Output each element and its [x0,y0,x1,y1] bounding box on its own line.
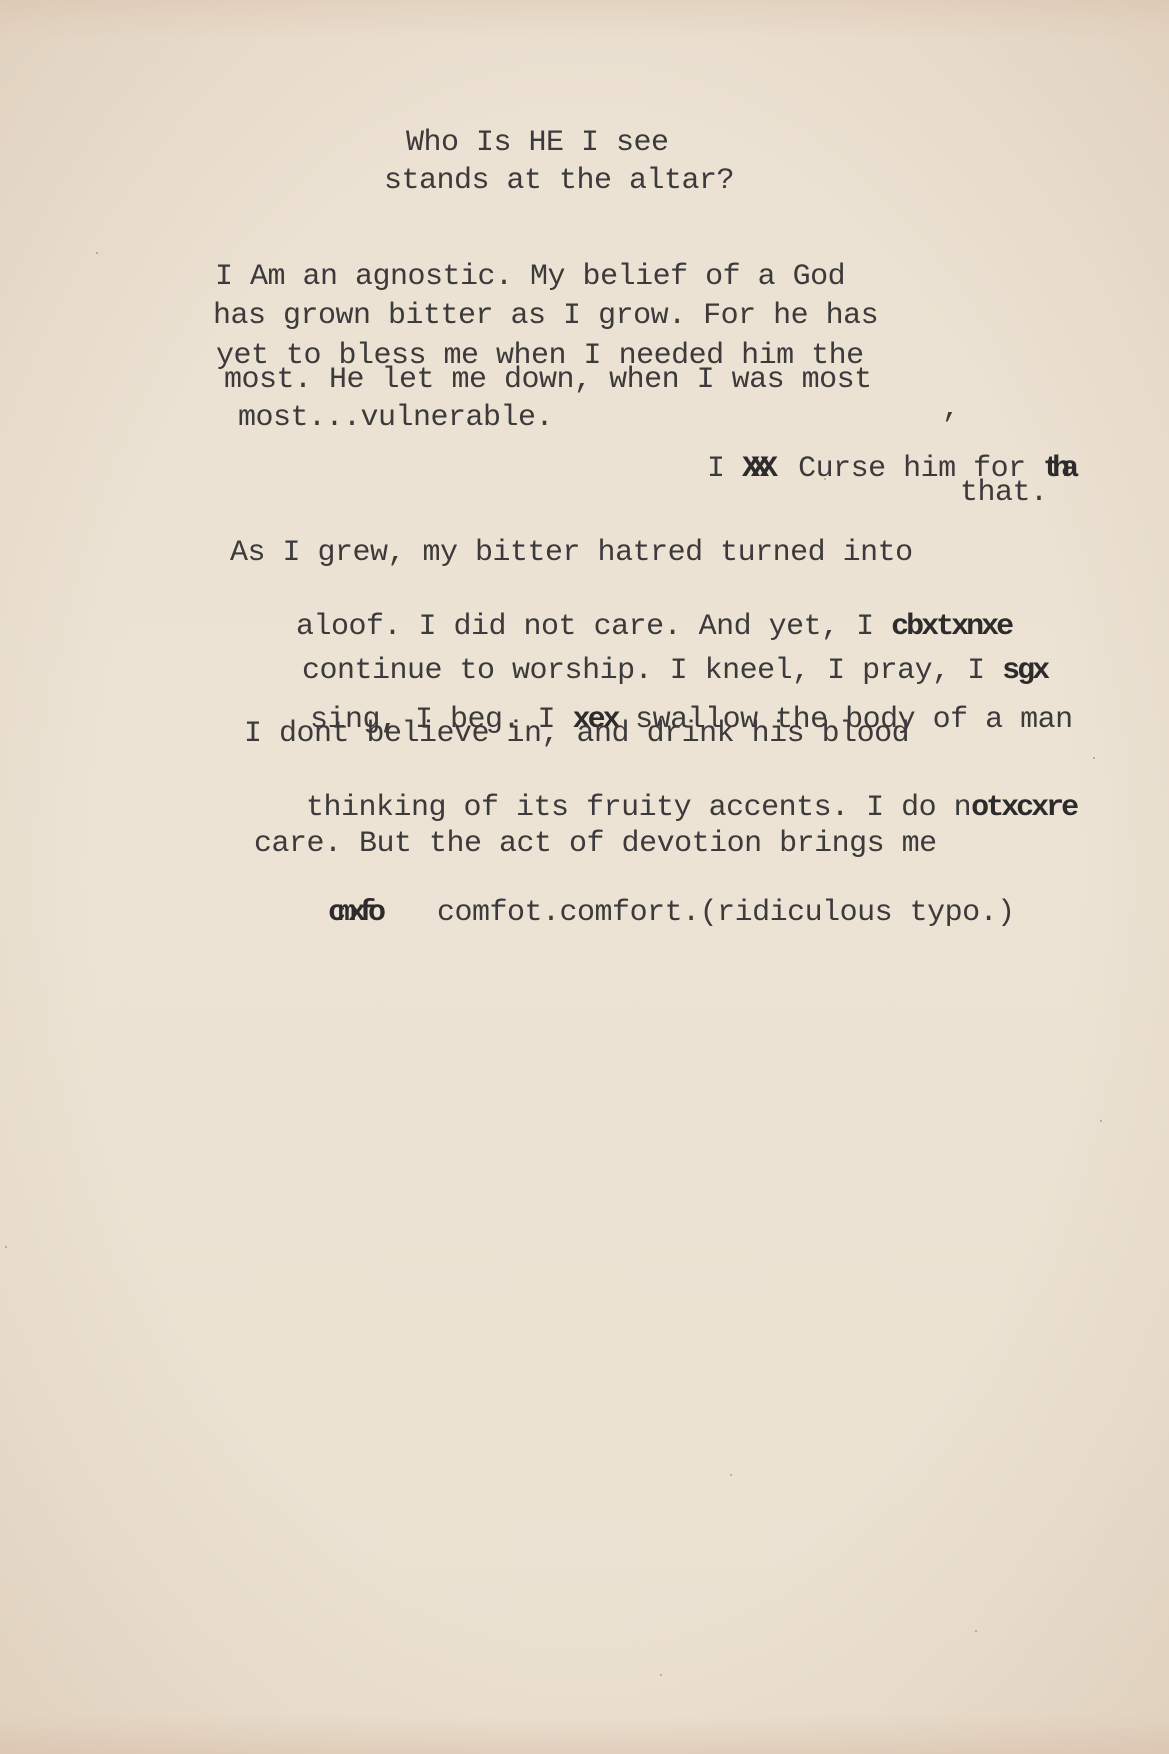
title-line-1: Who Is HE I see [406,128,669,158]
line-text: thinking of its fruity accents. I do n [306,791,971,825]
paragraph1-line5: most...vulnerable. [238,403,553,433]
paragraph1-line1: I Am an agnostic. My belief of a God [215,262,845,292]
line6-prefix: I [707,452,725,486]
paragraph1-line4: most. He let me down, when I was most [224,365,872,395]
paragraph2-line5: I dont believe in, and drink his blood [244,719,909,749]
typewritten-page: Who Is HE I see stands at the altar? I A… [0,0,1169,1754]
paper-speck [5,1246,7,1248]
paper-speck [96,252,98,254]
paper-speck [975,1630,977,1632]
paragraph1-line7: that. [960,478,1048,508]
stray-comma: , [942,394,960,424]
paragraph2-line7: care. But the act of devotion brings me [254,829,937,859]
paragraph1-line2: has grown bitter as I grow. For he has [213,301,878,331]
paper-speck [824,478,826,480]
struck-text: XXX [742,452,769,486]
paper-speck [660,1674,662,1676]
paragraph2-line8: cmxfo comfot.comfort.(ridiculous typo.) [258,868,1015,958]
struck-text: otxcxre [971,791,1076,825]
struck-text: cmxfo [328,896,378,930]
line-text: comfot.comfort.(ridiculous typo.) [437,896,1015,930]
paper-speck [730,1474,732,1476]
title-line-2: stands at the altar? [384,166,734,196]
paper-speck [1093,757,1095,759]
paper-speck [1100,1120,1102,1122]
paragraph2-line1: As I grew, my bitter hatred turned into [230,538,913,568]
